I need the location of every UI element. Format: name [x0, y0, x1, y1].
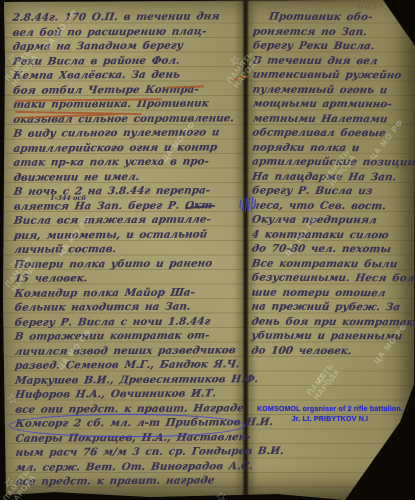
handwritten-line: В ночь с 2 на 3.8.44г перепра- — [13, 183, 247, 199]
handwritten-line: 15 человек. — [13, 270, 247, 286]
handwritten-line: развед. Семенов М.Г., Бандюк Я.Ч. — [14, 357, 248, 373]
handwritten-line: берегу Р. Висла с ночи 1.8.44г — [14, 314, 248, 330]
handwritten-line: интенсивный ружейно — [252, 68, 415, 83]
handwritten-line: Противник обо- — [252, 10, 415, 25]
handwritten-line: на прежний рубеж. За — [250, 300, 414, 315]
handwritten-line: берегу Р. Висла из — [251, 184, 415, 199]
handwritten-line: Висла вся тяжелая артилле- — [13, 212, 247, 228]
scanned-document-page: 2.8.44г. 170 О.П. в течении днявел бой п… — [0, 0, 415, 500]
handwritten-line: порядки полка и — [251, 140, 415, 155]
handwritten-line: обстреливал боевые — [251, 126, 415, 141]
handwritten-line: пулеметный огонь и — [251, 82, 415, 97]
blue-oval-highlight — [9, 414, 245, 437]
handwritten-line: шие потери отошел — [250, 285, 414, 300]
handwritten-line: леса, что Сев. вост. — [251, 198, 415, 213]
handwritten-line: артиллерийские позиции. — [251, 155, 415, 170]
handwritten-line: вел бой по расширению плац- — [12, 24, 246, 40]
handwritten-line: до 100 человек. — [250, 343, 414, 358]
handwritten-line: Кемпа Хвалёвска. За день — [12, 67, 246, 83]
handwritten-line: В виду сильного пулеметного и — [12, 125, 246, 141]
handwritten-line: личился взвод пеших разведчиков — [14, 343, 248, 359]
handwritten-line: боя отбил Четыре Контра- — [12, 82, 246, 98]
handwritten-line: мощными артминно- — [251, 97, 415, 112]
handwritten-line: движении не имел. — [13, 169, 247, 185]
handwritten-line: безуспешными. Неся боль- — [250, 271, 414, 286]
handwritten-line: личный состав. — [13, 241, 247, 257]
handwritten-line: Все контратаки были — [251, 256, 415, 271]
handwritten-line: все предст. к правит. награде — [15, 473, 249, 489]
annotation-line-2: Jr. Lt. PRIBYTKOV N.I — [246, 415, 414, 425]
handwritten-line: метными Налетами — [251, 111, 415, 126]
right-page-text: Противник обо-роняется по Зап.берегу Рек… — [250, 10, 414, 359]
handwritten-line: рия, минометы, и остальной — [13, 227, 247, 243]
handwritten-line: Командир полка Майор Ша- — [13, 285, 247, 301]
handwritten-line: Маркушев В.И., Древеснятников Н.Ф. — [14, 372, 248, 388]
handwritten-line: день боя при контратаках — [250, 314, 414, 329]
handwritten-line: бельник находится на Зап. — [13, 299, 247, 315]
handwritten-line: В отражении контратак от- — [14, 328, 248, 344]
handwritten-line: артиллерийского огня и контр — [12, 140, 246, 156]
handwritten-line: убитыми и раненными — [250, 329, 414, 344]
folio-number: 603 — [358, 1, 379, 12]
handwritten-line: ным расч 76 м/м 3 сп. ср. Гондырев В.И. — [14, 444, 248, 460]
handwritten-line: В течении дня вел — [252, 53, 415, 68]
handwritten-line: Окулча предпринял — [251, 213, 415, 228]
handwritten-line: Реки Висла в районе Фол. — [12, 53, 246, 69]
handwritten-line: 4 контратаки силою — [251, 227, 415, 242]
handwritten-line: берегу Реки Висла. — [252, 39, 415, 54]
handwritten-line: Потери полка убито и ранено — [13, 256, 247, 272]
interlinear-insertion: 1-344 осб — [49, 194, 86, 202]
translation-annotation: KOMSOMOL organiser of 2 rifle battalion.… — [246, 405, 414, 424]
handwritten-line: Нифоров Н.А., Овчинников И.Т. — [14, 386, 248, 402]
annotation-line-1: KOMSOMOL organiser of 2 rifle battalion. — [246, 405, 414, 415]
handwritten-line: роняется по Зап. — [252, 24, 415, 39]
handwritten-line: дарма на Западном берегу — [12, 38, 246, 54]
handwritten-line: мл. серж. Вет. От. Виноградов А.С. — [15, 459, 249, 475]
handwritten-line: На плацдарме На Зап. — [251, 169, 415, 184]
handwritten-line: 2.8.44г. 170 О.П. в течении дня — [11, 9, 245, 25]
handwritten-line: атак пр-ка полк успеха в про- — [12, 154, 246, 170]
handwritten-line: до 70-80 чел. пехоты — [251, 242, 415, 257]
